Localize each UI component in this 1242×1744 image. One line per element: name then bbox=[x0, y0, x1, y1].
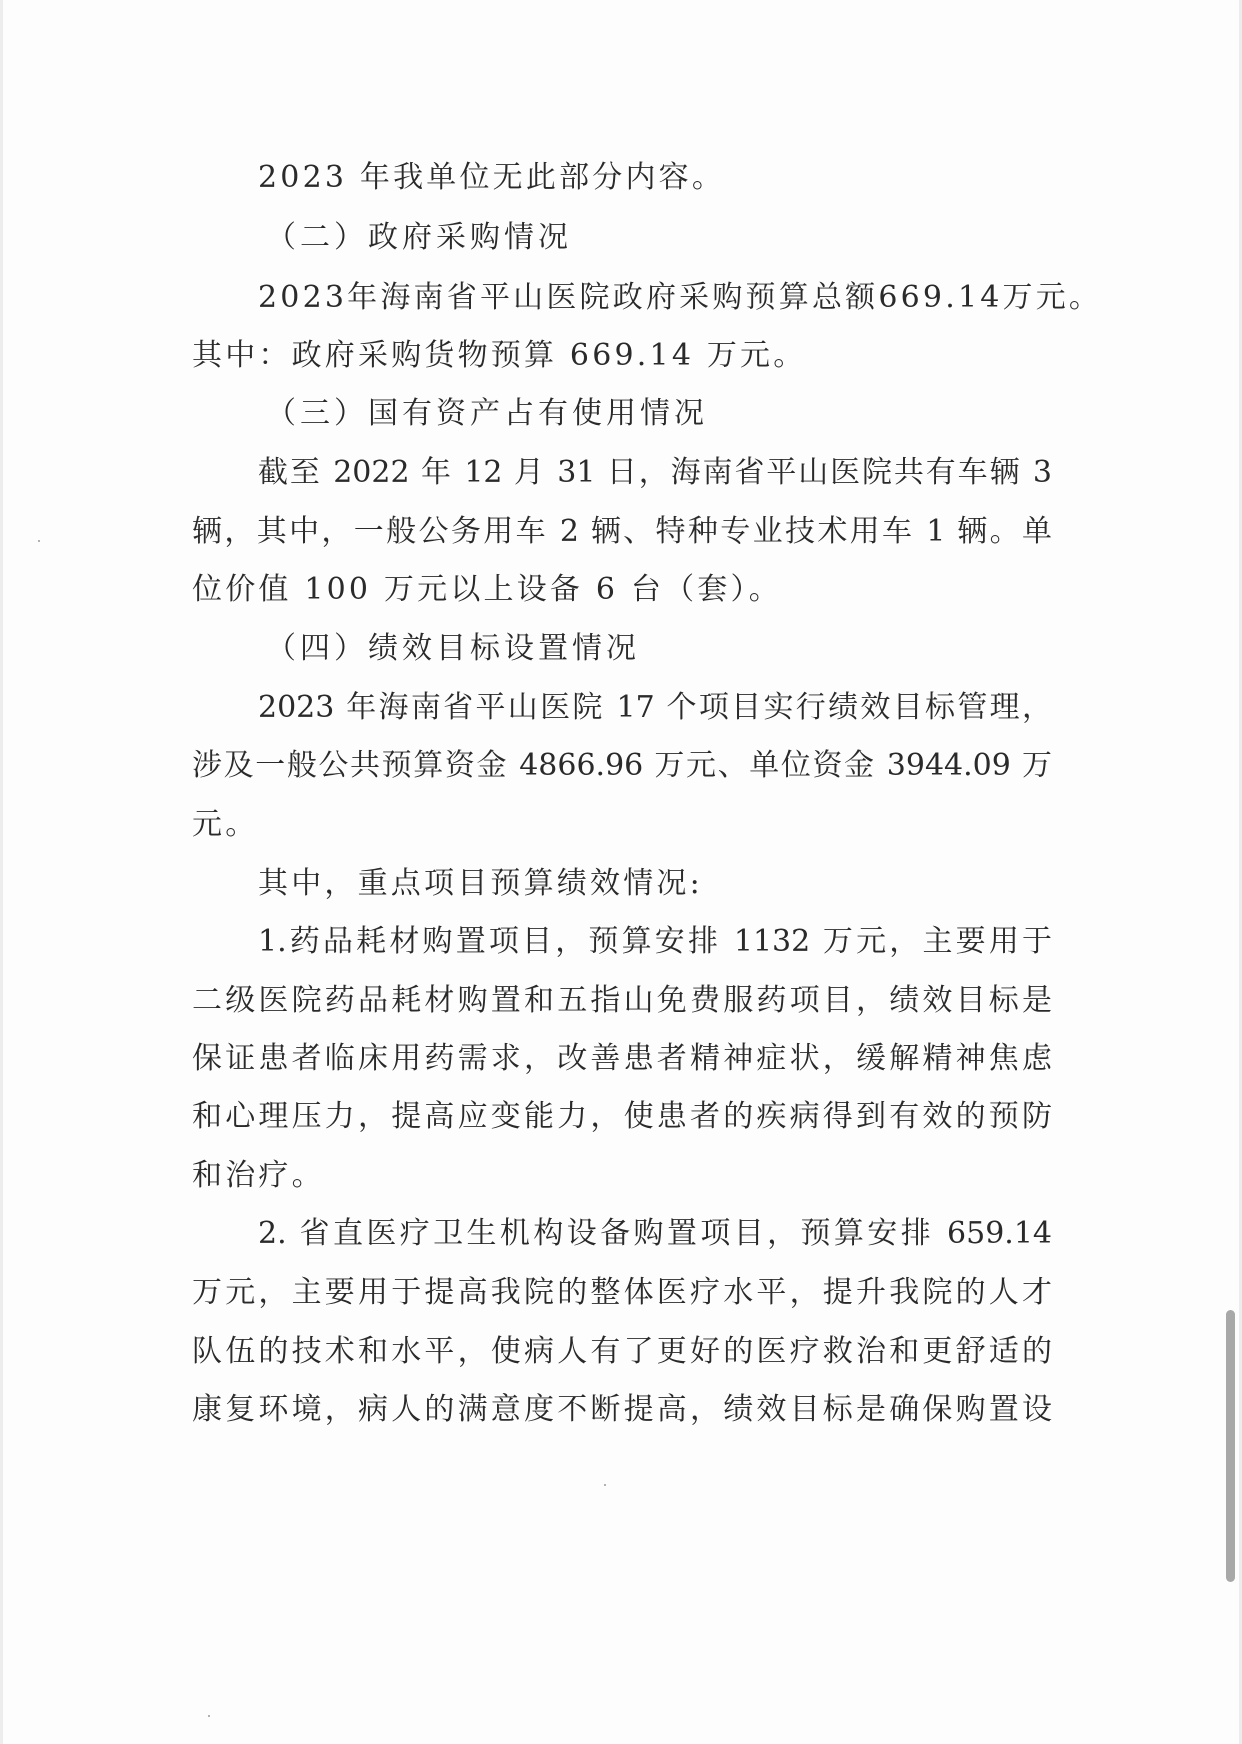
paragraph-project-1-line-3: 保证患者临床用药需求，改善患者精神症状，缓解精神焦虑 bbox=[192, 1039, 1052, 1079]
paragraph-performance-line-2: 涉及一般公共预算资金 4866.96 万元、单位资金 3944.09 万 bbox=[192, 746, 1052, 786]
section-heading-state-assets: （三）国有资产占有使用情况 bbox=[266, 394, 708, 434]
paragraph-performance-line-3: 元。 bbox=[192, 805, 258, 845]
scan-speck bbox=[208, 1715, 210, 1717]
paragraph-assets-line-2: 辆，其中，一般公务用车 2 辆、特种专业技术用车 1 辆。单 bbox=[192, 512, 1052, 552]
section-heading-government-procurement: （二）政府采购情况 bbox=[266, 218, 572, 258]
paragraph-project-1-line-2: 二级医院药品耗材购置和五指山免费服药项目，绩效目标是 bbox=[192, 981, 1052, 1021]
paragraph-project-2-line-4: 康复环境，病人的满意度不断提高，绩效目标是确保购置设 bbox=[192, 1390, 1052, 1430]
scan-speck bbox=[605, 172, 607, 174]
paragraph-no-content: 2023 年我单位无此部分内容。 bbox=[258, 158, 725, 198]
paragraph-project-1-line-5: 和治疗。 bbox=[192, 1156, 325, 1196]
paragraph-project-1-line-1: 1.药品耗材购置项目，预算安排 1132 万元，主要用于 bbox=[258, 922, 1052, 962]
section-heading-performance-goals: （四）绩效目标设置情况 bbox=[266, 629, 640, 669]
scan-speck bbox=[38, 540, 40, 542]
paragraph-procurement-goods: 其中：政府采购货物预算 669.14 万元。 bbox=[192, 336, 806, 376]
vertical-scrollbar[interactable] bbox=[1224, 0, 1236, 1744]
paragraph-key-projects-intro: 其中，重点项目预算绩效情况: bbox=[258, 864, 703, 904]
paragraph-assets-line-3: 位价值 100 万元以上设备 6 台（套）。 bbox=[192, 570, 782, 610]
paragraph-project-2-line-2: 万元，主要用于提高我院的整体医疗水平，提升我院的人才 bbox=[192, 1273, 1052, 1313]
paragraph-assets-line-1: 截至 2022 年 12 月 31 日，海南省平山医院共有车辆 3 bbox=[258, 453, 1052, 493]
paragraph-project-1-line-4: 和心理压力，提高应变能力，使患者的疾病得到有效的预防 bbox=[192, 1097, 1052, 1137]
paragraph-procurement-total: 2023年海南省平山医院政府采购预算总额669.14万元。 bbox=[258, 278, 1102, 318]
paragraph-project-2-line-3: 队伍的技术和水平，使病人有了更好的医疗救治和更舒适的 bbox=[192, 1332, 1052, 1372]
page-left-edge bbox=[0, 0, 3, 1744]
scan-speck bbox=[604, 1484, 606, 1486]
paragraph-performance-line-1: 2023 年海南省平山医院 17 个项目实行绩效目标管理， bbox=[258, 688, 1052, 728]
paragraph-project-2-line-1: 2. 省直医疗卫生机构设备购置项目，预算安排 659.14 bbox=[258, 1214, 1052, 1254]
scrollbar-thumb[interactable] bbox=[1226, 1310, 1235, 1582]
